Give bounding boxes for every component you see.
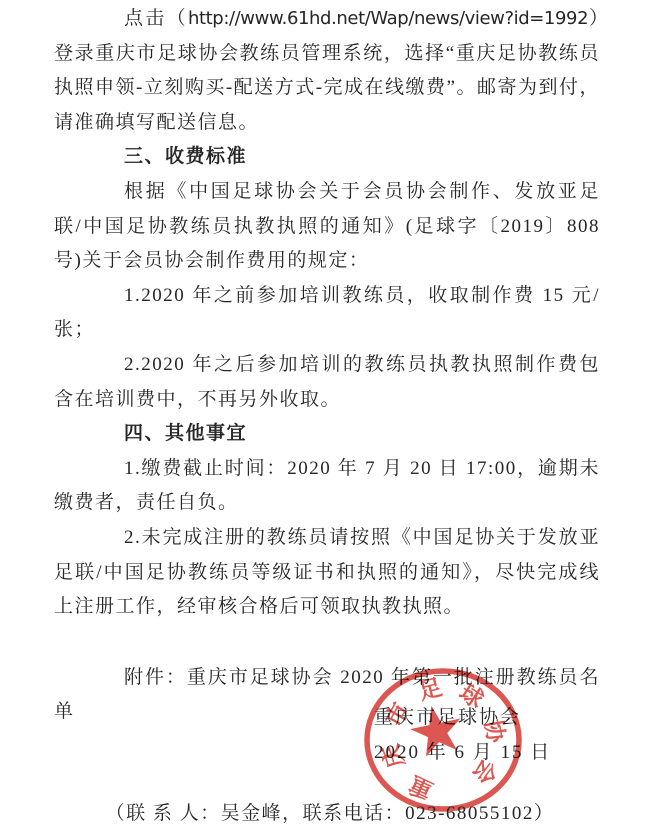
- document-body: 点击（http://www.61hd.net/Wap/news/view?id=…: [54, 2, 600, 730]
- paragraph-fee-item-2: 2.2020 年之后参加培训的教练员执教执照制作费包含在培训费中，不再另外收取。: [54, 348, 600, 417]
- paragraph-other-item-2: 2.未完成注册的教练员请按照《中国足协关于发放亚足联/中国足协教练员等级证书和执…: [54, 521, 600, 625]
- paragraph-fee-basis: 根据《中国足球协会关于会员协会制作、发放亚足联/中国足协教练员执教执照的通知》(…: [54, 175, 600, 279]
- document-page: 点击（http://www.61hd.net/Wap/news/view?id=…: [0, 0, 660, 834]
- paragraph-login-instructions: 点击（http://www.61hd.net/Wap/news/view?id=…: [54, 2, 600, 140]
- contact-line: （联 系 人：吴金峰，联系电话：023-68055102）: [0, 798, 660, 825]
- signature-block: 重庆市足球协会 2020 年 6 月 15 日: [374, 700, 551, 770]
- section-heading-other: 四、其他事宜: [54, 417, 600, 452]
- signature-date: 2020 年 6 月 15 日: [374, 735, 551, 770]
- paragraph-other-item-1: 1.缴费截止时间：2020 年 7 月 20 日 17:00，逾期未缴费者，责任…: [54, 452, 600, 521]
- paragraph-fee-item-1: 1.2020 年之前参加培训教练员，收取制作费 15 元/张；: [54, 279, 600, 348]
- registration-url-link[interactable]: http://www.61hd.net/Wap/news/view?id=199…: [188, 8, 588, 29]
- signature-org: 重庆市足球协会: [374, 700, 551, 735]
- section-heading-fees: 三、收费标准: [54, 140, 600, 175]
- paragraph-text: 点击（: [124, 8, 188, 29]
